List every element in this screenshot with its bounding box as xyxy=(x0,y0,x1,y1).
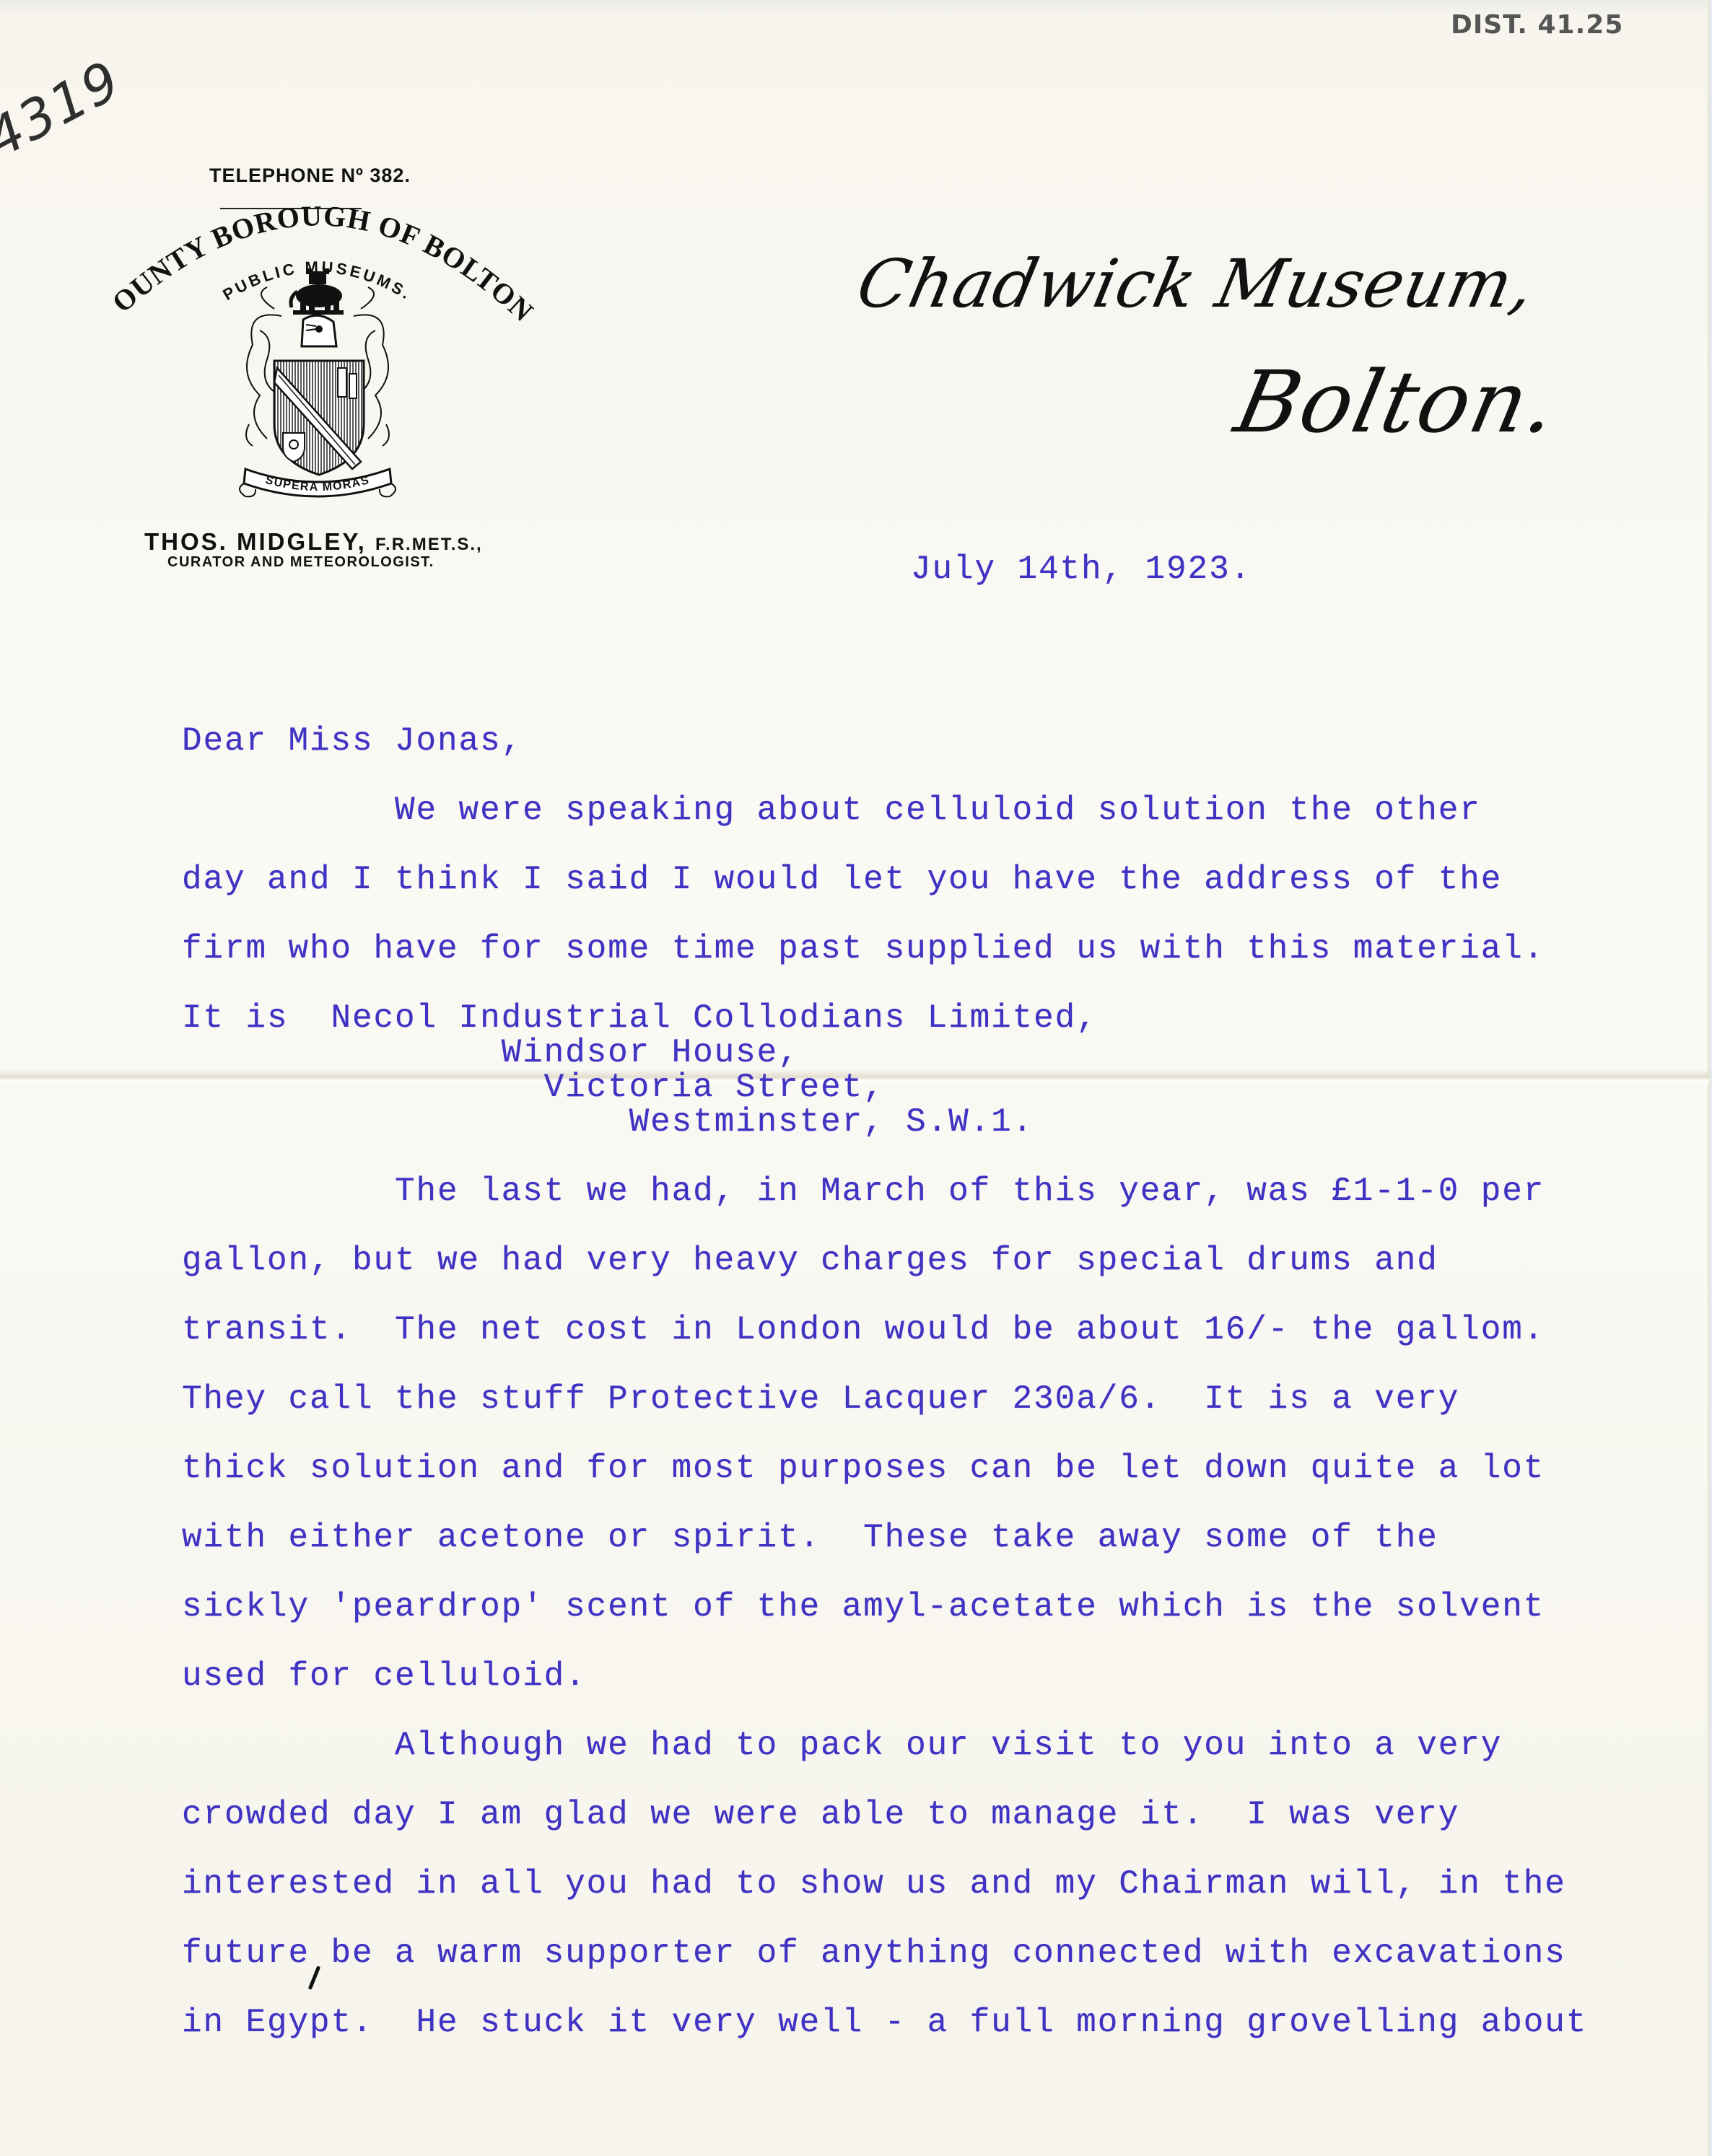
body-line: sickly 'peardrop' scent of the amyl-acet… xyxy=(182,1590,1545,1623)
body-line: Although we had to pack our visit to you… xyxy=(182,1729,1502,1762)
body-line: thick solution and for most purposes can… xyxy=(182,1452,1545,1485)
body-line: day and I think I said I would let you h… xyxy=(182,863,1502,896)
shield-icon xyxy=(274,361,364,475)
body-line: transit. The net cost in London would be… xyxy=(182,1313,1545,1346)
curator-role: CURATOR AND METEOROLOGIST. xyxy=(167,554,434,571)
address-line: Victoria Street, xyxy=(182,1071,885,1104)
body-line: gallon, but we had very heavy charges fo… xyxy=(182,1244,1438,1277)
body-line: used for celluloid. xyxy=(182,1660,587,1693)
helmet-icon xyxy=(302,315,336,346)
reference-annotation: DIST. 41.25 xyxy=(1451,10,1623,40)
body-line: The last we had, in March of this year, … xyxy=(182,1175,1545,1208)
body-line: interested in all you had to show us and… xyxy=(182,1867,1566,1901)
address-line: Westminster, S.W.1. xyxy=(182,1105,1034,1139)
curator-credentials: F.R.MET.S., xyxy=(375,535,483,554)
body-line: with either acetone or spirit. These tak… xyxy=(182,1521,1438,1554)
address-line: It is Necol Industrial Collodians Limite… xyxy=(182,1002,1098,1035)
body-line: crowded day I am glad we were able to ma… xyxy=(182,1798,1459,1831)
curator-name-text: THOS. MIDGLEY, xyxy=(144,528,367,555)
letter-date: July 14th, 1923. xyxy=(911,553,1252,586)
coat-of-arms-icon: SUPERA MORAS xyxy=(231,266,404,504)
curator-name: THOS. MIDGLEY, F.R.MET.S., xyxy=(144,528,483,556)
elephant-crest-icon xyxy=(291,268,344,315)
body-line: in Egypt. He stuck it very well - a full… xyxy=(182,2006,1587,2039)
town-name: Bolton. xyxy=(1227,352,1567,452)
museum-name: Chadwick Museum, xyxy=(851,245,1542,323)
body-line: We were speaking about celluloid solutio… xyxy=(182,794,1481,827)
body-line: firm who have for some time past supplie… xyxy=(182,932,1545,965)
body-line: future be a warm supporter of anything c… xyxy=(182,1937,1566,1970)
salutation: Dear Miss Jonas, xyxy=(182,724,523,758)
body-line: They call the stuff Protective Lacquer 2… xyxy=(182,1382,1459,1416)
address-line: Windsor House, xyxy=(182,1036,800,1069)
